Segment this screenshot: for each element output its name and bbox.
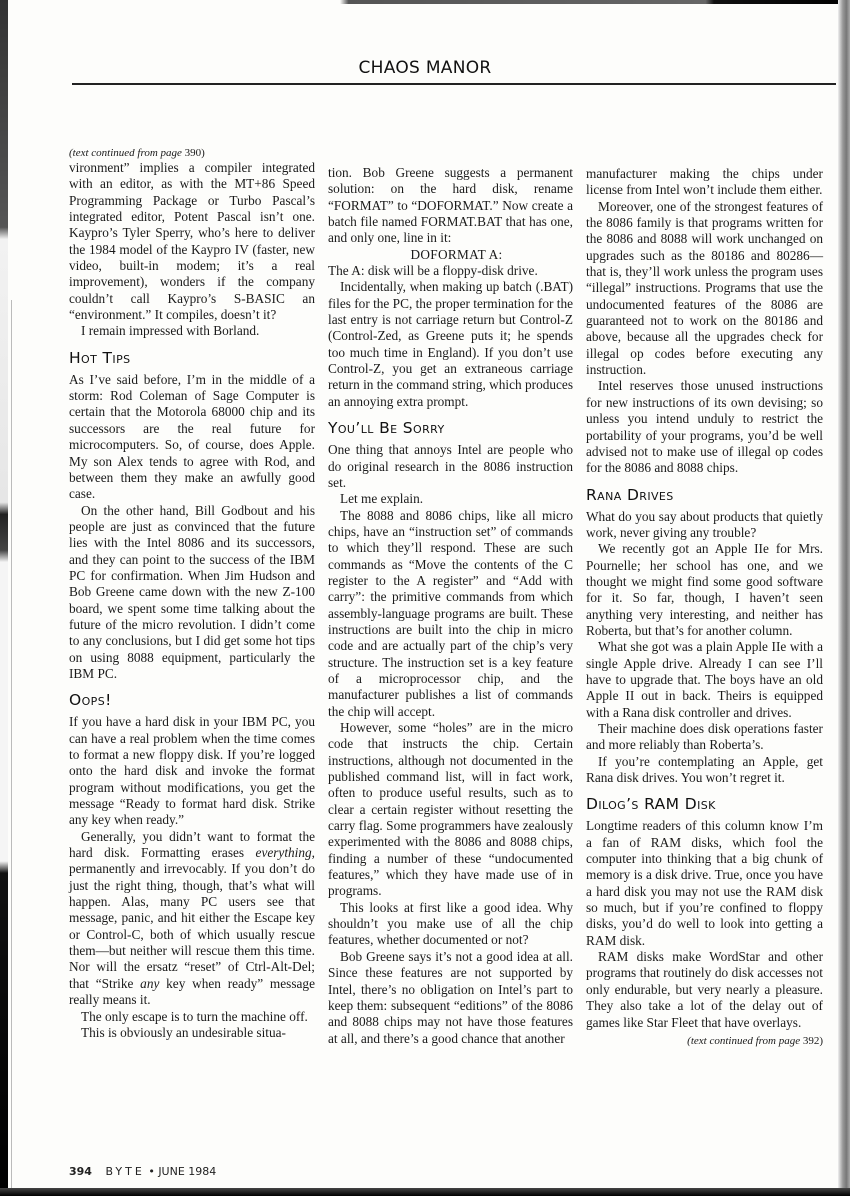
paragraph: Bob Greene says it’s not a good idea at … [328,949,573,1047]
continued-note: (text continued from page 392) [586,1033,823,1049]
subheading-hot-tips: Hot Tips [69,349,315,367]
paragraph: Intel reserves those unused instructions… [586,378,823,476]
scan-edge-bottom [0,1188,850,1196]
paragraph: The 8088 and 8086 chips, like all micro … [328,508,573,720]
paragraph: manufacturer making the chips under lice… [586,166,823,199]
page-number: 394 [69,1165,92,1178]
paragraph: However, some “holes” are in the micro c… [328,720,573,900]
paragraph: The only escape is to turn the machine o… [69,1009,315,1025]
paragraph: If you’re contemplating an Apple, get Ra… [586,754,823,787]
paragraph: What do you say about products that quie… [586,509,823,542]
subheading-youll-be-sorry: You’ll Be Sorry [328,419,573,437]
paragraph: RAM disks make WordStar and other progra… [586,949,823,1031]
column-2: tion. Bob Greene suggests a permanent so… [328,165,573,1047]
scan-edge-right [838,0,850,1196]
scan-gutter-line [11,300,12,1190]
page-footer: 394 BYTE • JUNE 1984 [69,1165,216,1178]
separator-bullet: • [148,1165,155,1178]
column-1: (text continued from page 390) vironment… [69,146,315,1041]
issue-date: JUNE 1984 [158,1165,216,1178]
column-3: manufacturer making the chips under lice… [586,166,823,1049]
emphasis: everything [256,845,312,860]
paragraph: If you have a hard disk in your IBM PC, … [69,714,315,828]
running-head: CHAOS MANOR [0,58,850,78]
paragraph: This looks at first like a good idea. Wh… [328,900,573,949]
paragraph: I remain impressed with Borland. [69,323,315,339]
paragraph: vironment” implies a compiler integrated… [69,160,315,323]
subheading-rana-drives: Rana Drives [586,486,823,504]
paragraph: Generally, you didn’t want to format the… [69,829,315,1009]
paragraph: This is obviously an undesirable situa- [69,1025,315,1041]
paragraph: As I’ve said before, I’m in the middle o… [69,372,315,503]
continued-from-note: (text continued from page 390) [69,146,315,160]
paragraph: Longtime readers of this column know I’m… [586,818,823,949]
subheading-oops: Oops! [69,691,315,709]
header-rule [72,83,836,85]
paragraph: Let me explain. [328,491,573,507]
paragraph: Their machine does disk operations faste… [586,721,823,754]
paragraph: Incidentally, when making up batch (.BAT… [328,279,573,410]
paragraph: Moreover, one of the strongest features … [586,199,823,379]
paragraph: The A: disk will be a floppy-disk drive. [328,263,573,279]
magazine-name: BYTE [105,1165,144,1178]
scan-edge-top [0,0,850,4]
paragraph: On the other hand, Bill Godbout and his … [69,503,315,683]
batch-command: DOFORMAT A: [328,247,573,263]
paragraph: What she got was a plain Apple IIe with … [586,639,823,721]
paragraph: One thing that annoys Intel are people w… [328,442,573,491]
paragraph: tion. Bob Greene suggests a permanent so… [328,165,573,247]
paragraph: We recently got an Apple IIe for Mrs. Po… [586,541,823,639]
scan-edge-left [0,0,8,1196]
emphasis: any [140,976,159,991]
subheading-dilogs-ram-disk: Dilog’s RAM Disk [586,795,823,813]
